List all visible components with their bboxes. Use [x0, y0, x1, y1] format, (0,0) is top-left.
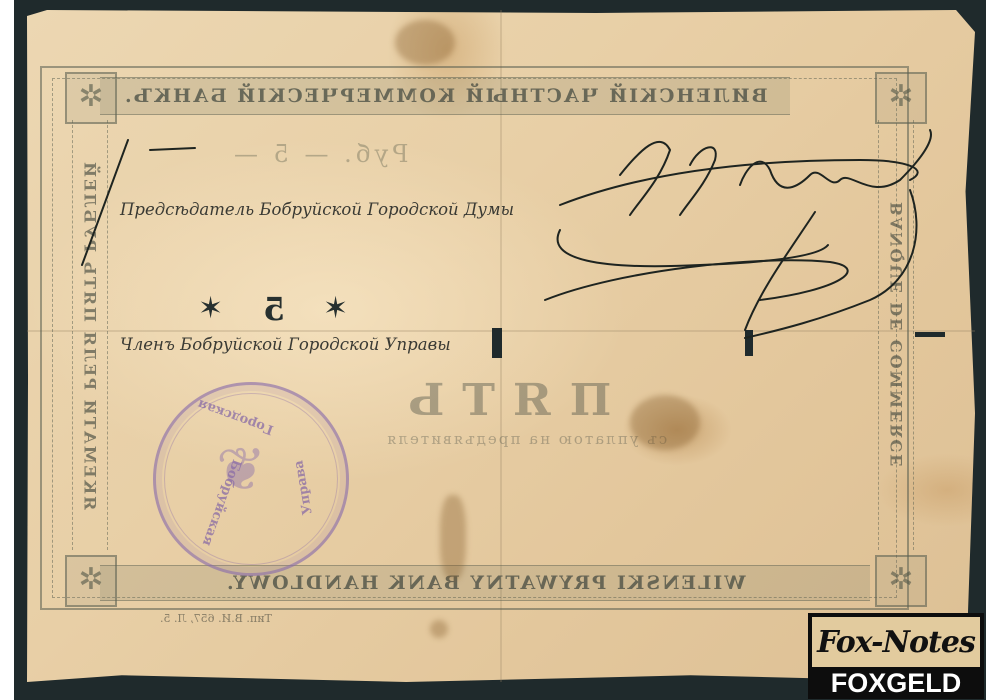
star-icon: ✶	[198, 294, 223, 324]
show-through-rub-text: Руб. — 5 —	[230, 140, 409, 168]
logo-fox-notes-text: Fox-Notes	[812, 617, 980, 667]
stain	[395, 20, 455, 65]
stain	[440, 495, 466, 580]
stain	[630, 395, 700, 450]
city-council-stamp: Городская Бобруйская Управа ❦	[153, 382, 349, 576]
member-signature-label: Членъ Бобруйской Городской Управы	[120, 335, 451, 354]
bottom-band-text: WILENSKI PRYWATNY BANK HANDLOWY.	[225, 572, 746, 594]
chairman-signature-label: Предсѣдатель Бобруйской Городской Думы	[120, 200, 514, 219]
logo-foxgeld-text: FOXGELD	[812, 669, 980, 697]
corner-ornament-icon: ✲	[875, 555, 927, 607]
denomination-row: ✶ 5 ✶	[198, 292, 368, 332]
ink-blot	[745, 330, 753, 356]
printer-line: Тип. В.И. 657, Л. 5.	[160, 612, 272, 625]
star-icon: ✶	[323, 294, 348, 324]
stain	[430, 620, 448, 638]
show-through-center-word: ПЯТЬ	[390, 375, 611, 426]
right-side-band: BANQUE DE COMMERCE	[878, 120, 914, 550]
top-band: ВИЛЕНСКІЙ ЧАСТНЫЙ КОММЕРЧЕСКІЙ БАНКЪ.	[100, 77, 790, 115]
double-headed-eagle-icon: ❦	[216, 435, 266, 505]
left-side-band: ЯКЕМАТИ РЕЛЯ ПЯТЬ РУБЛЕЙ	[72, 120, 108, 550]
bottom-band: WILENSKI PRYWATNY BANK HANDLOWY.	[100, 565, 870, 601]
denomination-number: 5	[263, 290, 285, 328]
show-through-subtext: съ уплатою на предъявителя	[385, 430, 667, 448]
corner-ornament-icon: ✲	[875, 72, 927, 124]
left-side-text: ЯКЕМАТИ РЕЛЯ ПЯТЬ РУБЛЕЙ	[81, 160, 100, 510]
top-band-text: ВИЛЕНСКІЙ ЧАСТНЫЙ КОММЕРЧЕСКІЙ БАНКЪ.	[123, 85, 768, 107]
ink-blot	[915, 332, 945, 337]
ink-blot	[492, 328, 502, 358]
foxgeld-watermark-logo: Fox-Notes FOXGELD	[808, 613, 984, 699]
right-side-text: BANQUE DE COMMERCE	[887, 202, 906, 468]
